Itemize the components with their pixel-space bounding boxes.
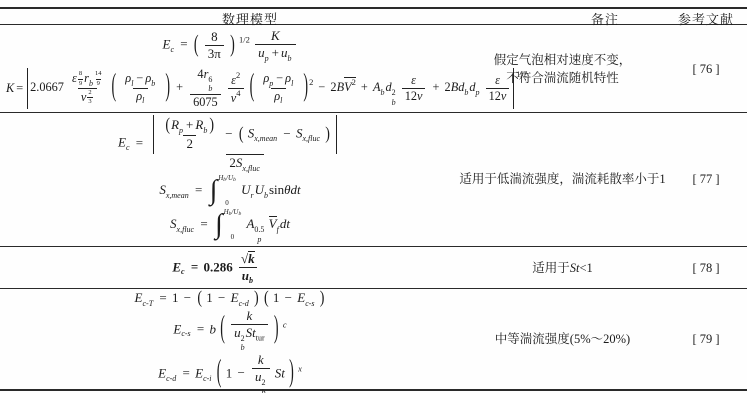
math-token: K bbox=[271, 28, 280, 43]
overline-group: V2 bbox=[344, 77, 356, 95]
math-token: E bbox=[195, 365, 203, 380]
sub-sup-stack: 2b bbox=[392, 88, 396, 106]
math-token: k bbox=[248, 251, 255, 266]
fraction: 4r6b 6075 bbox=[190, 67, 221, 110]
math-token: S bbox=[170, 216, 177, 231]
math-token: = bbox=[183, 365, 190, 380]
rule-row2 bbox=[0, 246, 747, 247]
fraction: (Rp+Rb) 2 − ( Sx,mean − Sx,fluc ) 2Sx,fl… bbox=[150, 115, 340, 173]
math-token: x bbox=[298, 363, 302, 373]
formula-ec-stokes: Ec = 0.286 √k ub bbox=[172, 251, 259, 286]
math-token: dt bbox=[280, 216, 290, 231]
math-token: R bbox=[171, 117, 179, 132]
paren: ) bbox=[254, 289, 259, 310]
paren: ) bbox=[274, 312, 279, 348]
abs-bars: (Rp+Rb) 2 − ( Sx,mean − Sx,fluc ) bbox=[153, 115, 337, 154]
fraction: ρl−ρb ρl bbox=[122, 71, 159, 105]
math-token: 2 bbox=[236, 70, 240, 80]
fraction: ε2 v4 bbox=[228, 71, 244, 107]
paren: ( bbox=[194, 32, 199, 60]
math-token: x,mean bbox=[254, 134, 277, 143]
reference-citation: [ 76 ] bbox=[692, 62, 719, 77]
math-token: l bbox=[280, 96, 282, 105]
lower-limit: 0 bbox=[218, 200, 236, 207]
math-token: c-d bbox=[166, 374, 176, 383]
math-token: sin bbox=[269, 182, 284, 197]
math-token: + bbox=[361, 80, 368, 94]
math-token: c-d bbox=[239, 299, 249, 308]
math-token: 9 bbox=[96, 79, 101, 88]
math-token: − bbox=[276, 71, 283, 85]
fraction: 8 3π bbox=[205, 29, 224, 63]
paren: ( bbox=[239, 123, 244, 146]
math-token: b bbox=[203, 126, 207, 135]
remark-cell-row4: 中等湍流强度(5%～20%) bbox=[455, 290, 670, 389]
math-token: b bbox=[209, 321, 216, 336]
math-token: 1 bbox=[206, 290, 213, 305]
math-token: u bbox=[258, 45, 265, 60]
math-token: K bbox=[6, 81, 14, 95]
sub-sup-stack: 0.5p bbox=[254, 225, 264, 243]
reference-citation: [ 79 ] bbox=[692, 332, 719, 347]
math-token: − bbox=[218, 290, 225, 305]
math-token: c bbox=[181, 267, 185, 276]
math-token: v bbox=[81, 90, 86, 104]
remark-cell-row1: 假定气泡相对速度不变， 不符合湍流随机特性 bbox=[455, 26, 670, 112]
math-token: p bbox=[265, 54, 269, 63]
math-token: E bbox=[231, 290, 239, 305]
math-token: f bbox=[277, 225, 279, 234]
math-token: l bbox=[291, 79, 293, 88]
math-token: 9 bbox=[78, 79, 83, 88]
math-token: 3π bbox=[205, 45, 224, 62]
formula-ec-s: Ec-s = b ( k u2bSttur ) c bbox=[173, 308, 286, 353]
math-token: = bbox=[180, 36, 187, 51]
fraction: (Rp+Rb) 2 bbox=[161, 117, 218, 152]
exponent-fraction: 23 bbox=[87, 89, 92, 107]
sub-sup-stack: 6b bbox=[208, 75, 212, 93]
math-token: k bbox=[247, 308, 253, 323]
math-token: b bbox=[89, 79, 93, 88]
remark-cell-row2: 适用于低湍流强度，湍流耗散率小于1 bbox=[455, 114, 670, 245]
math-token: c bbox=[126, 143, 130, 152]
remark-line: 假定气泡相对速度不变， bbox=[494, 51, 632, 69]
math-token: r bbox=[250, 191, 253, 200]
math-token: = bbox=[159, 290, 166, 305]
rule-row3 bbox=[0, 288, 747, 289]
math-token: B bbox=[337, 80, 345, 94]
overline-group: k bbox=[248, 251, 255, 266]
math-token: 2 bbox=[262, 378, 266, 387]
remark-text: 适用于低湍流强度，湍流耗散率小于1 bbox=[459, 170, 665, 188]
fraction: √k ub bbox=[238, 251, 258, 286]
paren: ( bbox=[165, 115, 170, 138]
math-token: 2 bbox=[392, 88, 396, 97]
math-token: 6075 bbox=[193, 95, 218, 109]
math-token: c-i bbox=[203, 374, 211, 383]
lower-limit: 0 bbox=[224, 234, 242, 241]
math-token: V bbox=[269, 216, 277, 231]
math-token: = bbox=[191, 259, 198, 274]
math-token: 1 bbox=[226, 365, 233, 380]
math-token: ε bbox=[72, 71, 77, 85]
math-token: 4 bbox=[236, 88, 240, 98]
fraction: k u2bSttur bbox=[231, 308, 268, 353]
integral: ∫ Hb/Ub 0 bbox=[210, 175, 236, 207]
math-token: x,fluc bbox=[242, 164, 260, 173]
math-token: = bbox=[200, 216, 207, 231]
math-token: u bbox=[281, 45, 288, 60]
math-token: 2.0667 bbox=[30, 80, 64, 94]
math-token: 0.5 bbox=[254, 225, 264, 234]
math-token: 2 bbox=[186, 136, 193, 151]
math-token: c bbox=[170, 45, 174, 54]
model-cell-row1: Ec = ( 8 3π ) 1/2 K up+ub K= 2.0667 ε89r… bbox=[0, 26, 460, 112]
math-token: = bbox=[197, 321, 204, 336]
math-token: b bbox=[380, 88, 384, 97]
remark-segment: <1 bbox=[579, 261, 592, 275]
paren: ) bbox=[209, 115, 214, 138]
paper-table-page: 数理模型 备注 参考文献 Ec = ( 8 3π ) 1/2 K up+ub K… bbox=[0, 0, 747, 393]
math-token: 1/2 bbox=[239, 34, 250, 44]
model-cell-row3: Ec = 0.286 √k ub bbox=[0, 248, 460, 288]
math-token: l bbox=[142, 96, 144, 105]
math-token: E bbox=[297, 290, 305, 305]
math-token: b bbox=[262, 388, 266, 393]
reference-cell-row3: [ 78 ] bbox=[668, 248, 744, 288]
math-token: E bbox=[135, 290, 143, 305]
math-token: b bbox=[151, 79, 155, 88]
overline-group: V bbox=[269, 216, 277, 231]
paren: ) bbox=[320, 289, 325, 310]
integral-limits: Hb/Ub 0 bbox=[224, 209, 242, 241]
math-token: 8 bbox=[208, 29, 221, 45]
math-token: + bbox=[272, 45, 279, 60]
upper-limit: Hb/Ub bbox=[218, 175, 236, 184]
sub-sup-stack: 2b bbox=[241, 334, 245, 352]
reference-citation: [ 78 ] bbox=[692, 261, 719, 276]
math-token: 0.286 bbox=[204, 259, 233, 274]
math-token: k bbox=[258, 352, 264, 367]
math-token: = bbox=[16, 81, 23, 95]
math-token: 14 bbox=[95, 70, 102, 78]
math-token: x,mean bbox=[166, 191, 189, 200]
formula-ec-d: Ec-d = Ec-i ( 1 − k u2b St ) x bbox=[158, 352, 302, 393]
paren: ) bbox=[325, 123, 330, 146]
remark-segment: 适用于 bbox=[532, 261, 570, 275]
math-token: St bbox=[246, 325, 256, 340]
math-token: 3 bbox=[87, 97, 92, 106]
math-token: b bbox=[238, 211, 241, 217]
sub-sup-stack: 2b bbox=[262, 378, 266, 393]
math-token: p bbox=[179, 126, 183, 135]
math-token: E bbox=[118, 135, 126, 150]
math-token: V bbox=[344, 80, 352, 94]
math-token: U bbox=[255, 182, 264, 197]
bracket-left bbox=[27, 68, 28, 109]
remark-line: 不符合湍流随机特性 bbox=[494, 69, 632, 87]
formula-k-definition: K= 2.0667 ε89rb149 v23 ( ρl−ρb ρl ) + 4r… bbox=[0, 67, 460, 110]
math-token: 1 bbox=[273, 290, 280, 305]
upper-limit: Hb/Ub bbox=[224, 209, 242, 218]
paren: ( bbox=[112, 70, 117, 106]
formula-ec-isotropic: Ec = ( 8 3π ) 1/2 K up+ub bbox=[163, 28, 298, 63]
remark-cell-row3: 适用于St<1 bbox=[455, 248, 670, 288]
math-token: b bbox=[288, 54, 292, 63]
integral-sign: ∫ bbox=[210, 177, 218, 205]
reference-cell-row4: [ 79 ] bbox=[668, 290, 744, 389]
math-token: A bbox=[246, 216, 254, 231]
math-token: 6 bbox=[208, 75, 212, 84]
fraction: k u2b bbox=[252, 352, 270, 393]
math-token: b bbox=[392, 98, 396, 107]
math-token: c-T bbox=[143, 299, 154, 308]
math-token: ε bbox=[411, 73, 416, 87]
formula-ec-total: Ec-T = 1 − ( 1 − Ec-d ) ( 1 − Ec-s ) bbox=[135, 290, 326, 308]
math-token: dt bbox=[291, 182, 301, 197]
math-token: p bbox=[269, 79, 273, 88]
math-token: − bbox=[225, 126, 232, 141]
formula-ec-trajectory: Ec = (Rp+Rb) 2 − ( Sx,mean − Sx,fluc ) bbox=[118, 115, 342, 173]
math-token: = bbox=[136, 135, 143, 150]
rule-row1 bbox=[0, 112, 747, 113]
paren: ( bbox=[217, 356, 222, 392]
math-token: c-s bbox=[181, 329, 190, 338]
math-token: 2 bbox=[241, 334, 245, 343]
exponent-fraction: 89 bbox=[78, 70, 83, 88]
math-token: 2 bbox=[88, 89, 91, 97]
fraction: ε89rb149 v23 bbox=[69, 70, 105, 107]
rule-bottom bbox=[0, 389, 747, 391]
math-token: − bbox=[283, 126, 290, 141]
remark-variable: St bbox=[570, 261, 580, 275]
math-token: l bbox=[131, 79, 133, 88]
math-token: E bbox=[172, 259, 181, 274]
math-token: E bbox=[158, 365, 166, 380]
model-cell-row4: Ec-T = 1 − ( 1 − Ec-d ) ( 1 − Ec-s ) Ec-… bbox=[0, 290, 460, 389]
reference-cell-row1: [ 76 ] bbox=[668, 26, 744, 112]
math-token: 1 bbox=[172, 290, 179, 305]
paren: ) bbox=[289, 356, 294, 392]
math-token: 12 bbox=[405, 89, 417, 103]
remark-text: 中等湍流强度(5%～20%) bbox=[495, 330, 630, 348]
fraction: K up+ub bbox=[255, 28, 295, 63]
math-token: + bbox=[176, 80, 183, 94]
math-group: 2.0667 ε89rb149 v23 ( ρl−ρb ρl ) + 4r6b … bbox=[30, 67, 511, 110]
math-token: 2 bbox=[309, 77, 313, 87]
math-token: c bbox=[283, 319, 287, 329]
math-token: x,fluc bbox=[302, 134, 320, 143]
formula-sx-mean: Sx,mean = ∫ Hb/Ub 0 UrUbsinθdt bbox=[159, 175, 300, 207]
math-group: K= bbox=[6, 81, 25, 96]
integral-sign: ∫ bbox=[215, 211, 223, 239]
math-token: c-s bbox=[305, 299, 314, 308]
math-token: b bbox=[264, 191, 268, 200]
paren: ) bbox=[165, 70, 170, 106]
paren: ( bbox=[197, 289, 202, 310]
formula-sx-fluc: Sx,fluc = ∫ Hb/Ub 0 A0.5p Vfdt bbox=[170, 209, 290, 243]
math-token: + bbox=[433, 80, 440, 94]
math-token: St bbox=[275, 365, 285, 380]
exponent-fraction: 149 bbox=[95, 70, 102, 88]
math-token: v bbox=[417, 89, 422, 103]
math-token: p bbox=[257, 235, 261, 244]
fraction: ε 12v bbox=[402, 73, 426, 105]
math-token: b bbox=[233, 177, 236, 183]
math-token: b bbox=[208, 84, 212, 93]
fraction: ρp−ρl ρl bbox=[260, 71, 297, 105]
integral: ∫ Hb/Ub 0 bbox=[215, 209, 241, 241]
math-token: − bbox=[136, 71, 143, 85]
math-token: − bbox=[318, 80, 325, 94]
math-token: − bbox=[237, 365, 244, 380]
remark-text: 假定气泡相对速度不变， 不符合湍流随机特性 bbox=[494, 51, 632, 87]
math-token: + bbox=[186, 117, 193, 132]
integral-limits: Hb/Ub 0 bbox=[218, 175, 236, 207]
math-token: = bbox=[195, 182, 202, 197]
math-token: u bbox=[242, 268, 249, 283]
paren: ) bbox=[230, 32, 235, 60]
reference-cell-row2: [ 77 ] bbox=[668, 114, 744, 245]
reference-citation: [ 77 ] bbox=[692, 172, 719, 187]
radical-sign: √ bbox=[241, 251, 248, 266]
math-token: 2 bbox=[352, 77, 356, 87]
math-token: S bbox=[159, 182, 166, 197]
paren: ) bbox=[303, 70, 308, 106]
paren: ( bbox=[220, 312, 225, 348]
math-token: − bbox=[285, 290, 292, 305]
math-token: 8 bbox=[79, 70, 82, 78]
math-token: − bbox=[184, 290, 191, 305]
paren: ( bbox=[264, 289, 269, 310]
model-cell-row2: Ec = (Rp+Rb) 2 − ( Sx,mean − Sx,fluc ) bbox=[0, 114, 460, 245]
remark-text: 适用于St<1 bbox=[532, 259, 593, 277]
math-token: x,fluc bbox=[177, 225, 195, 234]
math-token: b bbox=[249, 276, 253, 285]
math-token: tur bbox=[256, 333, 265, 342]
math-token: b bbox=[241, 343, 245, 352]
paren: ( bbox=[250, 70, 255, 106]
